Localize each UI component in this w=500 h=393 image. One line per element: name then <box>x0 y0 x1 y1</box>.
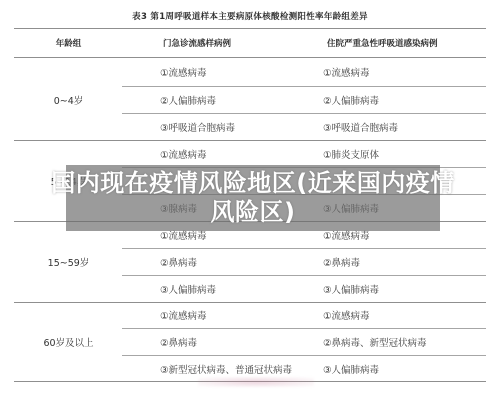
column-header-inpatient: 住院严重急性呼吸道感染病例 <box>327 37 438 49</box>
table-rule-header <box>14 57 486 58</box>
subrow-rule <box>122 328 486 329</box>
table-cell: ②鼻病毒 <box>160 335 197 349</box>
table-rule-top <box>14 28 486 29</box>
table-cell: ②人偏肺病毒 <box>323 93 379 107</box>
age-group-label: 60岁及以上 <box>14 335 123 349</box>
subrow-rule <box>122 248 486 249</box>
table-cell: ③呼吸道合胞病毒 <box>323 120 398 134</box>
table-cell: ②鼻病毒 <box>160 255 197 269</box>
table-cell: ②鼻病毒 <box>323 255 360 269</box>
table-cell: ③新型冠状病毒、普通冠状病毒 <box>160 362 292 376</box>
subrow-rule <box>122 355 486 356</box>
table-caption: 表3 第1周呼吸道样本主要病原体核酸检测阳性率年龄组差异 <box>0 10 500 22</box>
table-cell: ①肺炎支原体 <box>323 147 379 161</box>
table-cell: ③呼吸道合胞病毒 <box>160 120 235 134</box>
table-cell: ①流感病毒 <box>160 65 207 79</box>
subrow-rule <box>122 86 486 87</box>
table-cell: ①流感病毒 <box>323 65 370 79</box>
column-header-age: 年龄组 <box>14 37 123 49</box>
table-cell: ③人偏肺病毒 <box>160 282 216 296</box>
age-group-label: 0~4岁 <box>14 93 123 107</box>
headline-line2: 风险区) <box>211 198 296 227</box>
table-cell: ③人偏肺病毒 <box>323 362 379 376</box>
headline-line1: 国内现在疫情风险地区(近来国内疫情 <box>51 169 454 198</box>
headline-overlay-banner: 国内现在疫情风险地区(近来国内疫情 风险区) <box>66 165 440 231</box>
table-cell: ②人偏肺病毒 <box>160 93 216 107</box>
table-cell: ①流感病毒 <box>160 147 207 161</box>
age-group-label: 15~59岁 <box>14 255 123 269</box>
table-cell: ③人偏肺病毒 <box>323 282 379 296</box>
watermark-smudge <box>198 377 314 387</box>
table-rule-group3 <box>14 302 486 303</box>
table-cell: ①流感病毒 <box>160 308 207 322</box>
subrow-rule <box>122 275 486 276</box>
subrow-rule <box>122 113 486 114</box>
table-cell: ①流感病毒 <box>323 308 370 322</box>
table-cell: ②鼻病毒、新型冠状病毒 <box>323 335 427 349</box>
table-rule-group1 <box>14 140 486 141</box>
page: 表3 第1周呼吸道样本主要病原体核酸检测阳性率年龄组差异 年龄组 门急诊流感样病… <box>0 0 500 393</box>
column-header-outpatient: 门急诊流感样病例 <box>163 37 231 49</box>
